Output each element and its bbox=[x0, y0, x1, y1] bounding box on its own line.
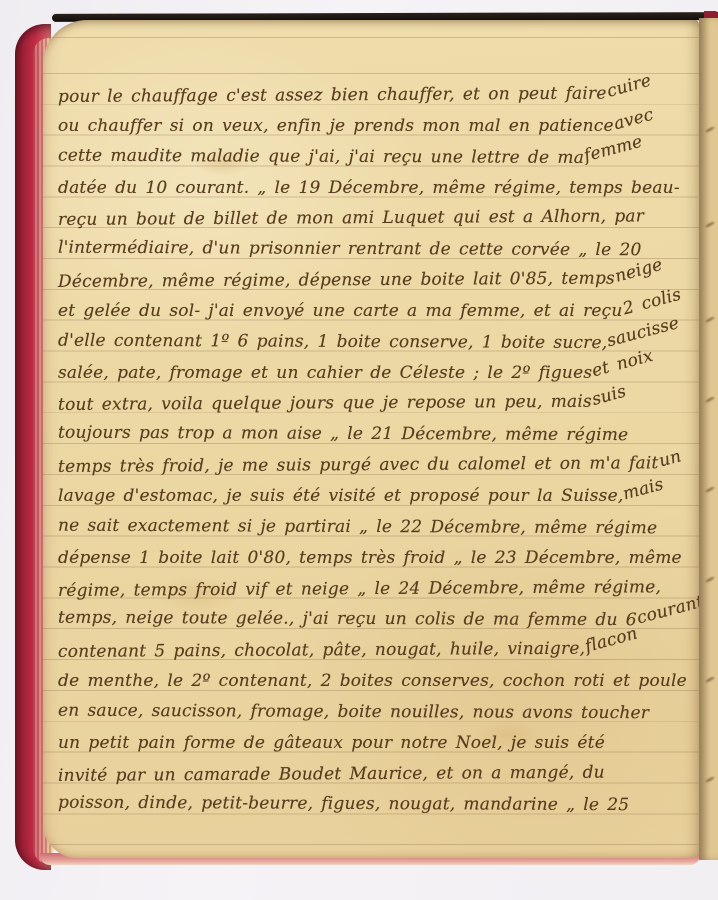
manuscript-line: régime, temps froid vif et neige „ le 24… bbox=[58, 572, 689, 607]
manuscript-line: tout extra, voila quelque jours que je r… bbox=[58, 387, 689, 422]
show-through-ink bbox=[705, 221, 715, 228]
show-through-ink bbox=[705, 776, 715, 783]
show-through-ink bbox=[705, 486, 715, 493]
manuscript-line: poisson, dinde, petit-beurre, figues, no… bbox=[58, 788, 689, 822]
manuscript-line: d'elle contenant 1º 6 pains, 1 boite con… bbox=[58, 325, 689, 359]
show-through-ink bbox=[705, 316, 715, 323]
manuscript-line: temps très froid, je me suis purgé avec … bbox=[58, 448, 689, 483]
show-through-ink bbox=[705, 676, 715, 683]
manuscript-line: cette maudite maladie que j'ai, j'ai reç… bbox=[58, 140, 689, 174]
manuscript-line: toujours pas trop a mon aise „ le 21 Déc… bbox=[58, 418, 689, 452]
handwritten-text-block: pour le chauffage c'est assez bien chauf… bbox=[58, 80, 689, 820]
manuscript-line: datée du 10 courant. „ le 19 Décembre, m… bbox=[58, 173, 689, 204]
manuscript-line: en sauce, saucisson, fromage, boite noui… bbox=[58, 695, 689, 729]
manuscript-line: ou chauffer si on veux, enfin je prends … bbox=[58, 111, 689, 142]
show-through-ink bbox=[705, 396, 715, 403]
scanner-background: pour le chauffage c'est assez bien chauf… bbox=[0, 0, 718, 900]
adjacent-page-sliver bbox=[699, 18, 718, 860]
manuscript-line: ne sait exactement si je partirai „ le 2… bbox=[58, 510, 689, 544]
manuscript-line: Décembre, même régime, dépense une boite… bbox=[58, 263, 689, 298]
show-through-ink bbox=[705, 576, 715, 583]
manuscript-line: l'intermédiaire, d'un prisonnier rentran… bbox=[58, 233, 689, 267]
manuscript-line: et gelée du sol- j'ai envoyé une carte a… bbox=[58, 296, 689, 327]
show-through-ink bbox=[705, 126, 715, 133]
manuscript-line: pour le chauffage c'est assez bien chauf… bbox=[58, 78, 689, 113]
manuscript-page: pour le chauffage c'est assez bien chauf… bbox=[43, 20, 699, 858]
manuscript-line: contenant 5 pains, chocolat, pâte, nouga… bbox=[58, 633, 689, 668]
manuscript-line: dépense 1 boite lait 0'80, temps très fr… bbox=[58, 543, 689, 574]
manuscript-line: lavage d'estomac, je suis été visité et … bbox=[58, 481, 689, 512]
manuscript-line: reçu un bout de billet de mon ami Luquet… bbox=[58, 201, 689, 236]
manuscript-line: invité par un camarade Boudet Maurice, e… bbox=[58, 757, 689, 792]
manuscript-line: un petit pain forme de gâteaux pour notr… bbox=[58, 728, 689, 759]
manuscript-line: de menthe, le 2º contenant, 2 boites con… bbox=[58, 666, 689, 697]
